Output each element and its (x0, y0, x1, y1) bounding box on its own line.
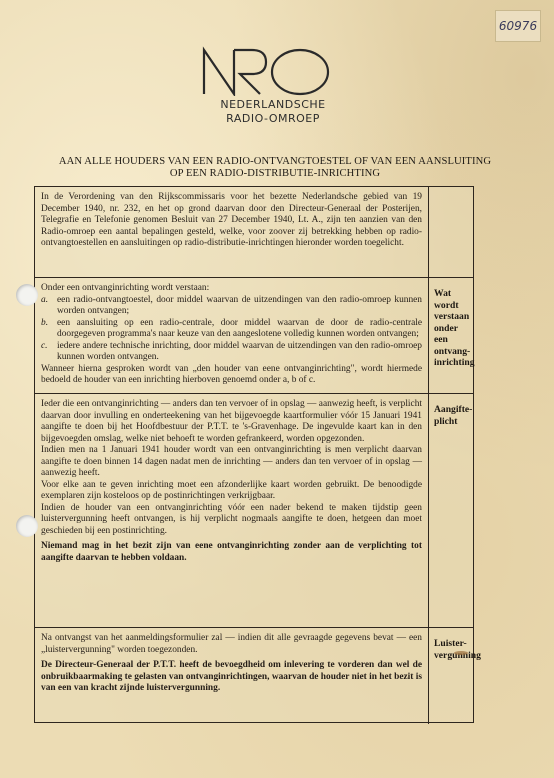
paragraph: Voor elke aan te geven inrichting moet e… (41, 480, 422, 503)
paragraph: Na ontvangst van het aanmeldingsformulie… (41, 633, 422, 656)
list-text: een radio-ontvangtoestel, door middel wa… (57, 295, 422, 317)
section-side-label: Aangifte-plicht (429, 394, 473, 627)
punch-hole (16, 284, 38, 306)
document-heading: AAN ALLE HOUDERS VAN EEN RADIO-ONTVANGTO… (30, 156, 520, 180)
org-name-line2: RADIO-OMROEP (198, 112, 348, 126)
section-definition: Onder een ontvanginrichting wordt versta… (35, 278, 473, 394)
list-item: c. iedere andere technische inrichting, … (41, 341, 422, 364)
nro-logo (200, 46, 340, 96)
paragraph-bold: Niemand mag in het bezit zijn van eene o… (41, 541, 422, 564)
paragraph-intro: Onder een ontvanginrichting wordt versta… (41, 283, 422, 295)
section-introduction: In de Verordening van den Rijkscommissar… (35, 187, 473, 278)
organization-name: NEDERLANDSCHE RADIO-OMROEP (198, 98, 348, 126)
section-license: Na ontvangst van het aanmeldingsformulie… (35, 628, 473, 724)
list-marker: c. (41, 341, 48, 353)
list-text: iedere andere technische inrichting, doo… (57, 341, 422, 363)
section-text: Onder een ontvanginrichting wordt versta… (35, 278, 429, 393)
archive-number-label: 60976 (495, 10, 541, 42)
section-side-label: Wat wordt verstaan onder een ontvang-inr… (429, 278, 473, 393)
paragraph: Indien men na 1 Januari 1941 houder word… (41, 445, 422, 480)
section-side-label: Luister-vergunning (429, 628, 473, 724)
list-marker: a. (41, 295, 48, 307)
section-declaration-duty: Ieder die een ontvanginrichting — anders… (35, 394, 473, 628)
paragraph: In de Verordening van den Rijkscommissar… (41, 192, 422, 250)
list-marker: b. (41, 318, 48, 330)
punch-hole (16, 515, 38, 537)
paragraph: Indien de houder van een ontvanginrichti… (41, 503, 422, 538)
paper-stain (454, 651, 468, 655)
section-text: Ieder die een ontvanginrichting — anders… (35, 394, 429, 627)
org-name-line1: NEDERLANDSCHE (198, 98, 348, 112)
section-text: In de Verordening van den Rijkscommissar… (35, 187, 429, 277)
heading-line2: OP EEN RADIO-DISTRIBUTIE-INRICHTING (30, 168, 520, 180)
list-item: a. een radio-ontvangtoestel, door middel… (41, 295, 422, 318)
heading-line1: AAN ALLE HOUDERS VAN EEN RADIO-ONTVANGTO… (30, 156, 520, 168)
section-text: Na ontvangst van het aanmeldingsformulie… (35, 628, 429, 724)
list-text: een aansluiting op een radio-centrale, d… (57, 318, 422, 340)
section-side-label (429, 187, 473, 277)
paragraph-outro: Wanneer hierna gesproken wordt van „den … (41, 364, 422, 387)
notice-table: In de Verordening van den Rijkscommissar… (34, 186, 474, 723)
paragraph: Ieder die een ontvanginrichting — anders… (41, 399, 422, 445)
list-item: b. een aansluiting op een radio-centrale… (41, 318, 422, 341)
paragraph-bold: De Directeur-Generaal der P.T.T. heeft d… (41, 660, 422, 695)
